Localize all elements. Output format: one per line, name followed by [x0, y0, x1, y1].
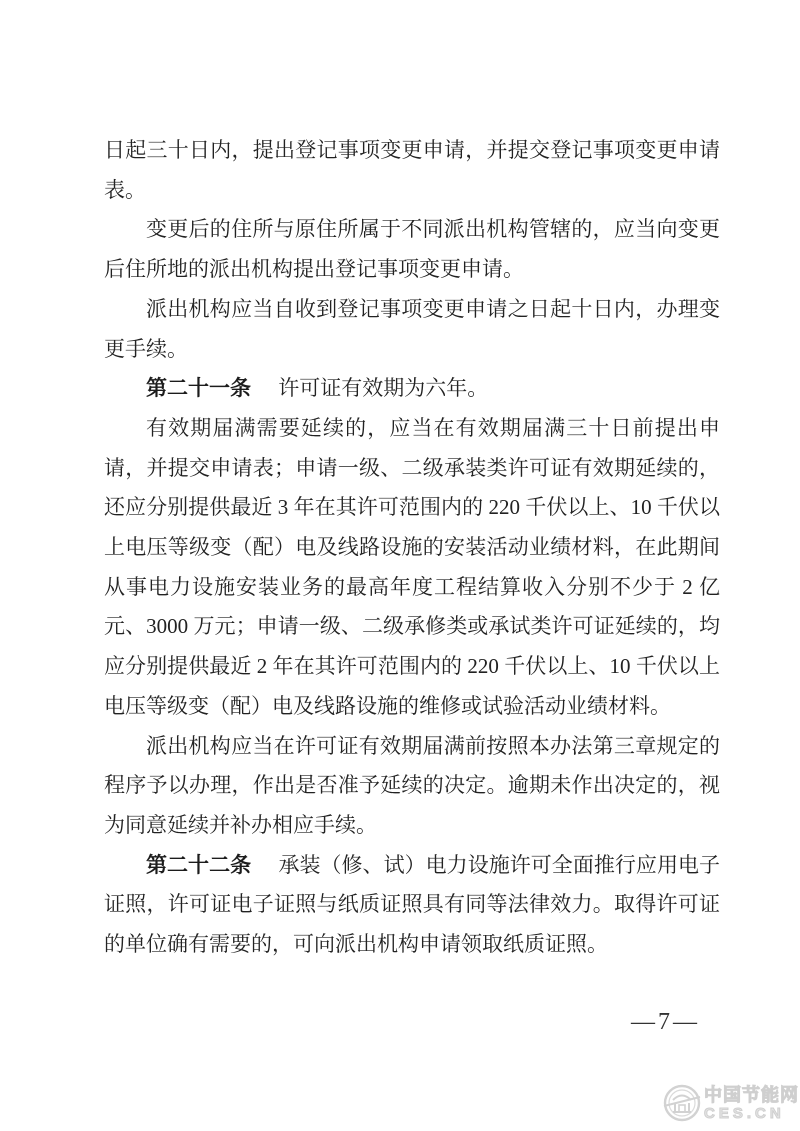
- paragraph-article-21: 第二十一条许可证有效期为六年。: [104, 369, 720, 409]
- paragraph: 有效期届满需要延续的，应当在有效期届满三十日前提出申请，并提交申请表；申请一级、…: [104, 409, 720, 727]
- watermark: 中国节能网 CES.CN: [662, 1083, 799, 1123]
- paragraph: 派出机构应当在许可证有效期届满前按照本办法第三章规定的程序予以办理，作出是否准予…: [104, 727, 720, 846]
- paragraph: 变更后的住所与原住所属于不同派出机构管辖的，应当向变更后住所地的派出机构提出登记…: [104, 210, 720, 289]
- watermark-domain: CES.CN: [704, 1105, 799, 1122]
- article-21-text: 许可证有效期为六年。: [278, 376, 488, 400]
- article-22-label: 第二十二条: [146, 853, 251, 877]
- watermark-site-name: 中国节能网: [704, 1085, 799, 1105]
- paragraph-continuation: 日起三十日内，提出登记事项变更申请，并提交登记事项变更申请表。: [104, 131, 720, 210]
- article-21-label: 第二十一条: [146, 376, 251, 400]
- document-body: 日起三十日内，提出登记事项变更申请，并提交登记事项变更申请表。 变更后的住所与原…: [104, 131, 720, 965]
- document-page: 日起三十日内，提出登记事项变更申请，并提交登记事项变更申请表。 变更后的住所与原…: [0, 0, 800, 1131]
- watermark-text: 中国节能网 CES.CN: [704, 1085, 799, 1122]
- paragraph-article-22: 第二十二条承装（修、试）电力设施许可全面推行应用电子证照，许可证电子证照与纸质证…: [104, 846, 720, 965]
- paragraph: 派出机构应当自收到登记事项变更申请之日起十日内，办理变更手续。: [104, 290, 720, 369]
- ces-logo-icon: [662, 1083, 702, 1123]
- page-number: —7—: [631, 1008, 700, 1036]
